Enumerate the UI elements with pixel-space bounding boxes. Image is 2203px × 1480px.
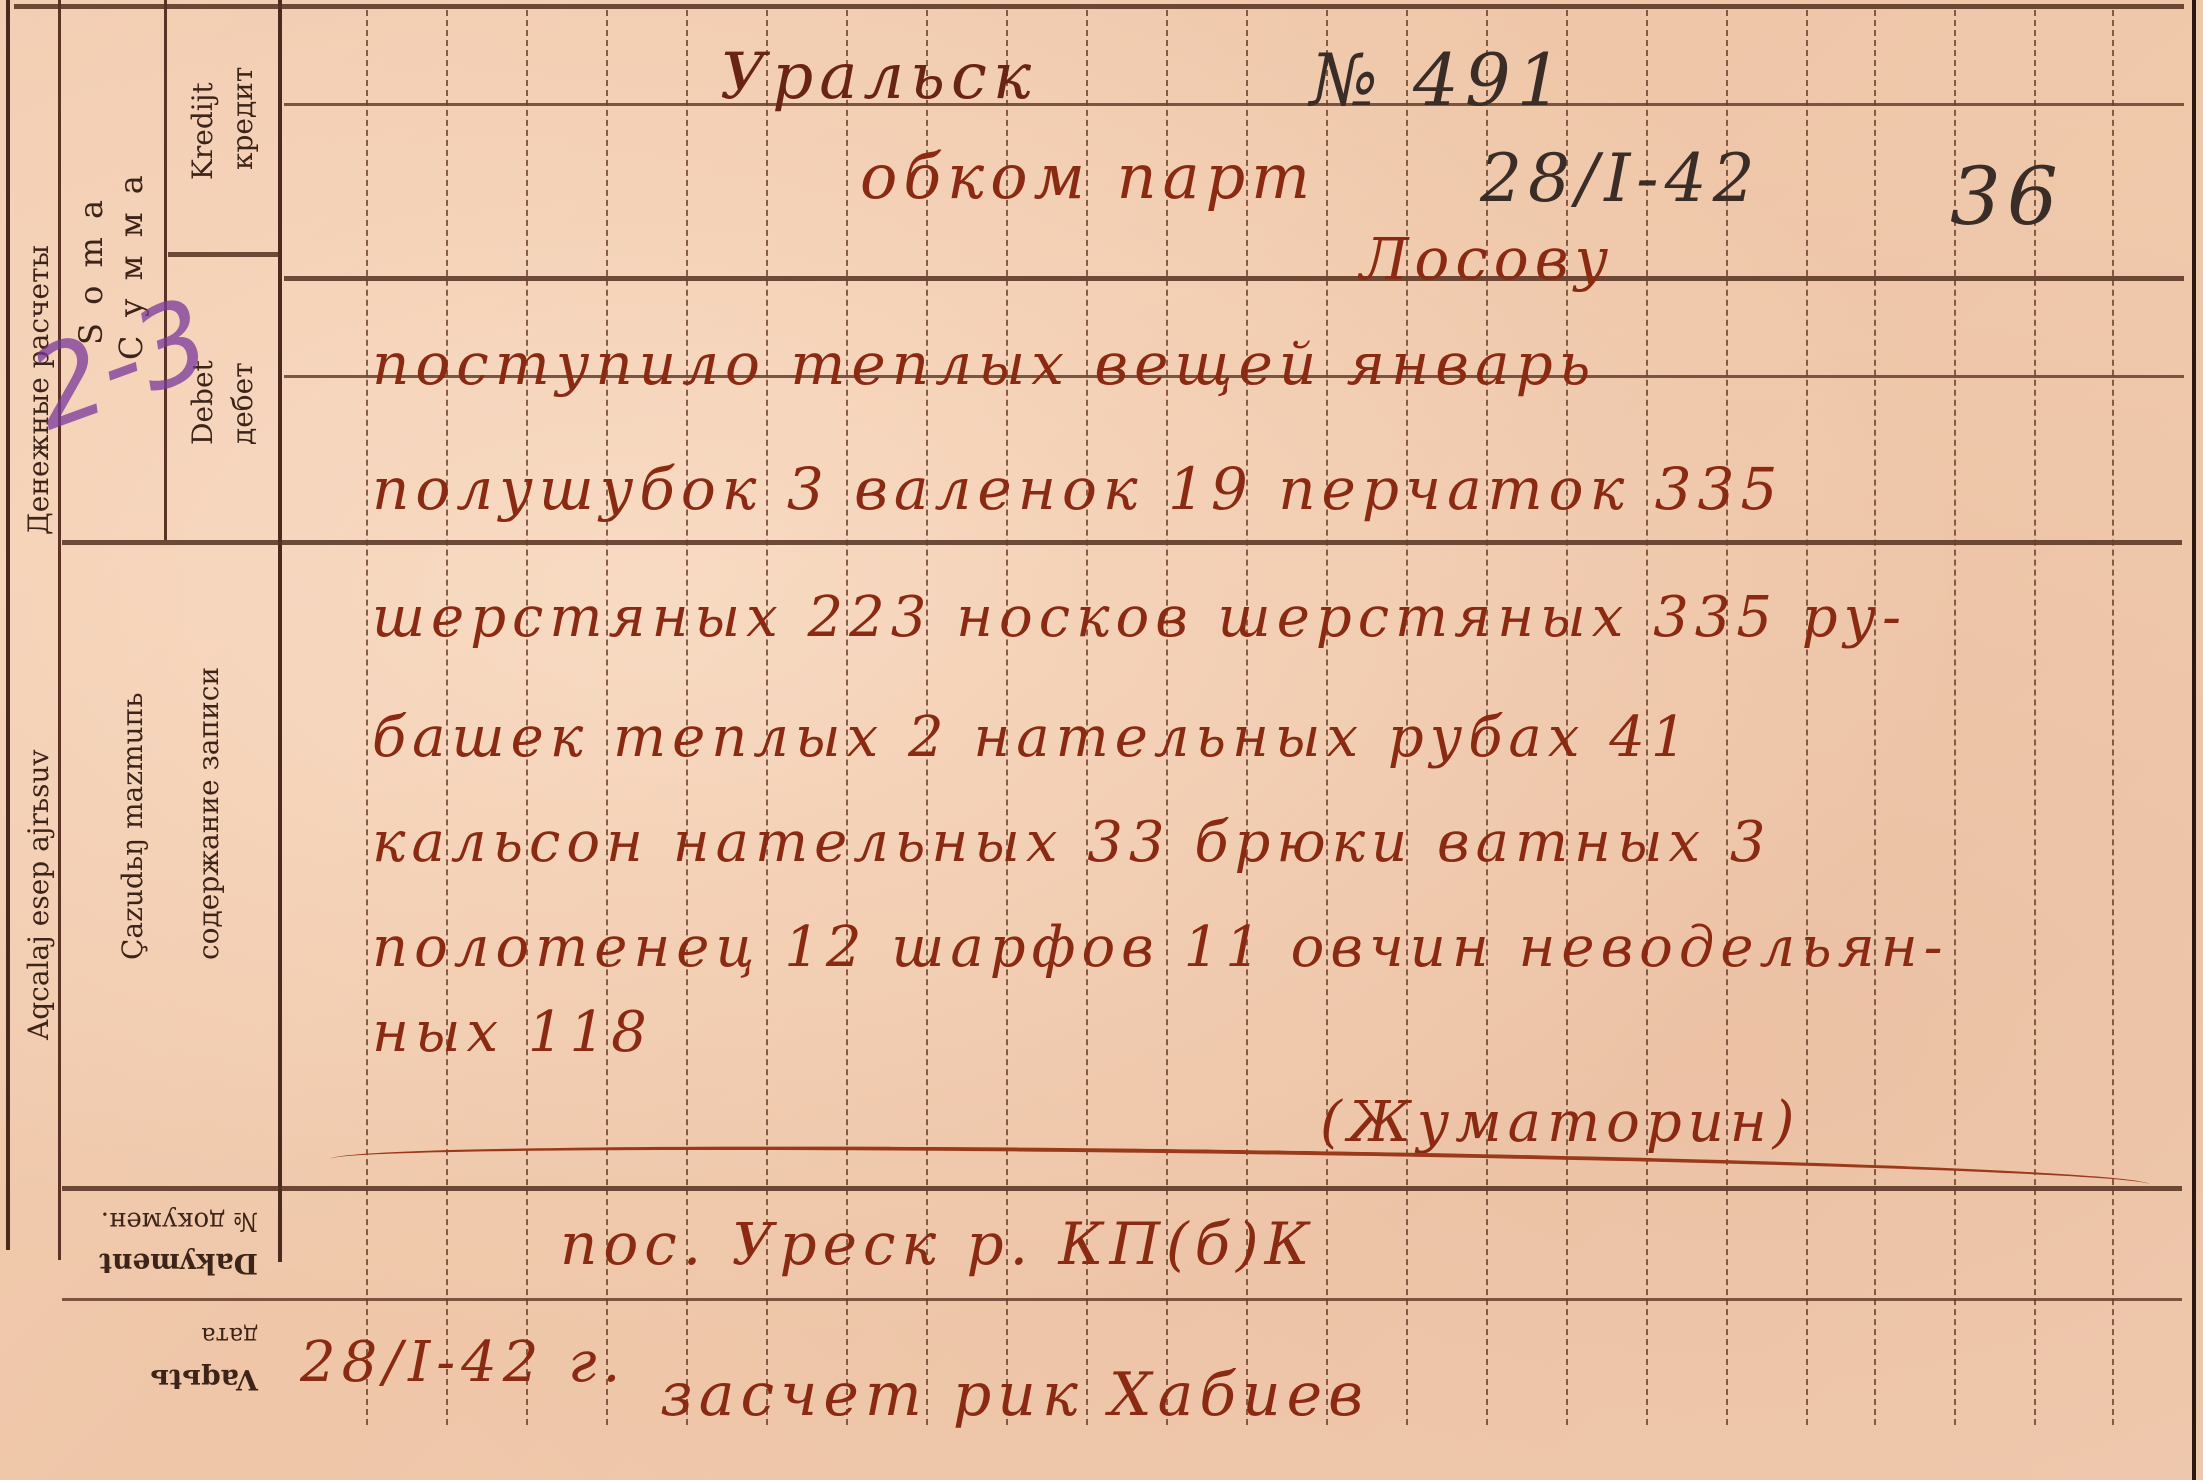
row-2-divider xyxy=(284,276,2184,281)
recipient-line-1: Уральск xyxy=(720,40,1037,114)
right-paper-edge xyxy=(2192,0,2196,1480)
ledger-page: Денежные расчеты Aqcalaj esep ajrьsuv S … xyxy=(0,0,2203,1480)
content-line-4: башек теплых 2 нательных рубах 41 xyxy=(372,705,1692,770)
doc-date-divider xyxy=(62,1298,2182,1301)
header-column-divider xyxy=(164,0,167,540)
content-line-3: шерстяных 223 носков шерстяных 335 ру- xyxy=(372,585,1907,650)
credit-russian: кредит xyxy=(226,67,259,170)
grid-line xyxy=(2112,10,2114,1425)
row-1-divider xyxy=(284,103,2184,106)
grid-line xyxy=(366,10,368,1425)
content-line-5: кальсон нательных 33 брюки ватных 3 xyxy=(372,810,1772,875)
recipient-line-3: Лосову xyxy=(1360,225,1614,293)
left-inner-border xyxy=(58,0,61,1260)
debit-russian: дебет xyxy=(226,362,259,445)
ink-underline xyxy=(330,1137,2150,1206)
sum-section-bottom xyxy=(62,540,2182,545)
date-russian: дата xyxy=(201,1322,258,1350)
date-entry: 28/I-42 г. xyxy=(300,1330,626,1395)
date-top: 28/I-42 xyxy=(1480,140,1761,217)
recipient-line-2: обком парт xyxy=(860,140,1316,213)
grid-line xyxy=(1726,10,1728,1425)
credit-debit-divider xyxy=(168,252,280,257)
content-line-7: ных 118 xyxy=(372,1000,653,1065)
document-reference: пос. Уреск р. КП(б)К xyxy=(560,1210,1316,1278)
date-latin: Vaqьtь xyxy=(150,1363,258,1396)
left-outer-border xyxy=(6,0,10,1250)
page-number: 36 xyxy=(1950,150,2064,243)
doc-number: № 491 xyxy=(1310,38,1568,122)
header-right-border xyxy=(278,0,282,1262)
content-line-6: полотенец 12 шарфов 11 овчин неводельян- xyxy=(372,915,1949,980)
content-latin: Çazudьŋ mazmuпь xyxy=(116,693,149,961)
content-line-1: поступило теплых вещей январь xyxy=(372,330,1596,398)
signature: (Жуматорин) xyxy=(1320,1090,1801,1155)
section-title-latin: Aqcalaj esep ajrьsuv xyxy=(22,750,55,1040)
grid-line xyxy=(1806,10,1808,1425)
document-latin: Dakyment xyxy=(99,1247,258,1280)
credit-latin: Kredijt xyxy=(186,82,219,180)
content-line-2: полушубок 3 валенок 19 перчаток 335 xyxy=(372,455,1783,523)
grid-line xyxy=(1874,10,1876,1425)
document-russian: № докумен. xyxy=(101,1206,258,1236)
content-russian: содержание записи xyxy=(192,667,225,960)
bottom-note: засчет рик Хабиев xyxy=(660,1360,1369,1430)
top-border xyxy=(14,4,2184,9)
